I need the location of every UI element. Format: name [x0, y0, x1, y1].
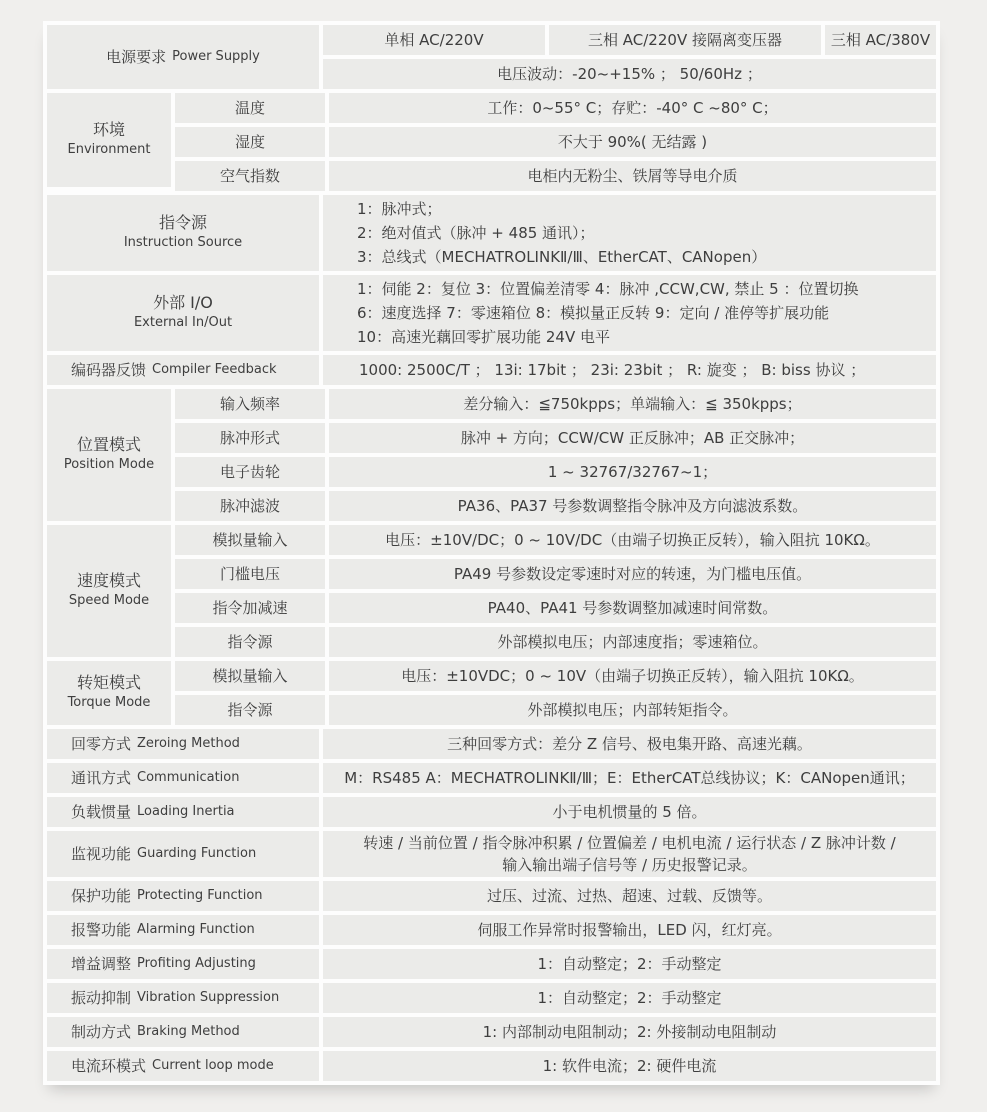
zeroing-method-label-zh: 回零方式 [71, 734, 131, 754]
row-loading-inertia: 负载惯量 Loading Inertia 小于电机惯量的 5 倍。 [47, 797, 936, 827]
power-option-single-phase: 单相 AC/220V [323, 25, 545, 55]
position-mode-label-zh: 位置模式 [77, 435, 141, 455]
current-loop-mode-label-en: Current loop mode [152, 1056, 274, 1076]
speed-mode-row-analog-input: 模拟量输入 电压：±10V/DC；0 ~ 10V/DC（由端子切换正反转），输入… [175, 525, 936, 555]
speed-mode-label-en: Speed Mode [69, 591, 149, 611]
speed-mode-row-threshold-voltage: 门槛电压 PA49 号参数设定零速时对应的转速，为门槛电压值。 [175, 559, 936, 589]
encoder-feedback-row: 编码器反馈 Compiler Feedback 1000: 2500C/T ； … [47, 355, 936, 385]
instruction-source-label-zh: 指令源 [159, 213, 207, 233]
position-mode-row-electronic-gear: 电子齿轮 1 ~ 32767/32767~1； [175, 457, 936, 487]
gain-adjusting-value: 1：自动整定；2：手动整定 [323, 949, 936, 979]
alarming-function-label-zh: 报警功能 [71, 920, 131, 940]
external-io-label-en: External In/Out [134, 313, 232, 333]
braking-method-label-en: Braking Method [137, 1022, 240, 1042]
position-mode-row-pulse-form: 脉冲形式 脉冲 + 方向；CCW/CW 正反脉冲；AB 正交脉冲； [175, 423, 936, 453]
zeroing-method-value: 三种回零方式：差分 Z 信号、极电集开路、高速光藕。 [323, 729, 936, 759]
humidity-label: 湿度 [175, 127, 325, 157]
encoder-feedback-label-zh: 编码器反馈 [71, 360, 146, 380]
position-mode-group: 位置模式 Position Mode 输入频率 差分输入：≦750kpps；单端… [47, 389, 936, 521]
position-mode-row-input-freq: 输入频率 差分输入：≦750kpps；单端输入：≦ 350kpps； [175, 389, 936, 419]
row-gain-adjusting: 增益调整 Profiting Adjusting 1：自动整定；2：手动整定 [47, 949, 936, 979]
position-mode-label: 位置模式 Position Mode [47, 389, 171, 521]
row-guarding-function: 监视功能 Guarding Function 转速 / 当前位置 / 指令脉冲积… [47, 831, 936, 877]
speed-analog-input-value: 电压：±10V/DC；0 ~ 10V/DC（由端子切换正反转），输入阻抗 10K… [329, 525, 936, 555]
encoder-feedback-label-en: Compiler Feedback [152, 360, 277, 380]
vibration-suppression-value: 1：自动整定；2：手动整定 [323, 983, 936, 1013]
loading-inertia-label-zh: 负载惯量 [71, 802, 131, 822]
row-zeroing-method: 回零方式 Zeroing Method 三种回零方式：差分 Z 信号、极电集开路… [47, 729, 936, 759]
gain-adjusting-label-zh: 增益调整 [71, 954, 131, 974]
current-loop-mode-label-zh: 电流环模式 [71, 1056, 146, 1076]
communication-value: M：RS485 A：MECHATROLINKⅡ/Ⅲ；E：EtherCAT总线协议… [323, 763, 936, 793]
speed-mode-row-accel-decel: 指令加减速 PA40、PA41 号参数调整加减速时间常数。 [175, 593, 936, 623]
temperature-label: 温度 [175, 93, 325, 123]
environment-row-temperature: 温度 工作：0~55° C；存贮：-40° C ~80° C； [175, 93, 936, 123]
position-mode-label-en: Position Mode [64, 455, 154, 475]
spec-table: 电源要求 Power Supply 单相 AC/220V 三相 AC/220V … [43, 21, 940, 1085]
environment-group: 环境 Environment 温度 工作：0~55° C；存贮：-40° C ~… [47, 93, 936, 191]
torque-command-source-label: 指令源 [175, 695, 325, 725]
temperature-value: 工作：0~55° C；存贮：-40° C ~80° C； [329, 93, 936, 123]
current-loop-mode-value: 1: 软件电流；2: 硬件电流 [323, 1051, 936, 1081]
guarding-function-label: 监视功能 Guarding Function [47, 831, 319, 877]
external-io-line-1: 1：伺能 2：复位 3：位置偏差清零 4：脉冲 ,CCW,CW, 禁止 5 ：位… [357, 277, 858, 301]
loading-inertia-value: 小于电机惯量的 5 倍。 [323, 797, 936, 827]
encoder-feedback-value: 1000: 2500C/T ； 13i: 17bit ； 23i: 23bit … [323, 355, 936, 385]
external-io-label-zh: 外部 I/O [153, 293, 213, 313]
loading-inertia-label: 负载惯量 Loading Inertia [47, 797, 319, 827]
row-current-loop-mode: 电流环模式 Current loop mode 1: 软件电流；2: 硬件电流 [47, 1051, 936, 1081]
speed-command-source-label: 指令源 [175, 627, 325, 657]
power-phase-row: 单相 AC/220V 三相 AC/220V 接隔离变压器 三相 AC/380V [323, 25, 936, 55]
protecting-function-value: 过压、过流、过热、超速、过载、反馈等。 [323, 881, 936, 911]
guarding-function-label-zh: 监视功能 [71, 844, 131, 864]
encoder-feedback-label: 编码器反馈 Compiler Feedback [47, 355, 319, 385]
threshold-voltage-label: 门槛电压 [175, 559, 325, 589]
alarming-function-label: 报警功能 Alarming Function [47, 915, 319, 945]
accel-decel-value: PA40、PA41 号参数调整加减速时间常数。 [329, 593, 936, 623]
guarding-function-label-en: Guarding Function [137, 844, 256, 864]
instruction-source-line-1: 1：脉冲式； [357, 197, 442, 221]
instruction-source-line-2: 2：绝对值式（脉冲 + 485 通讯）； [357, 221, 595, 245]
torque-mode-label-en: Torque Mode [68, 693, 151, 713]
power-option-three-phase-380: 三相 AC/380V [825, 25, 936, 55]
torque-mode-label-zh: 转矩模式 [77, 673, 141, 693]
speed-mode-label: 速度模式 Speed Mode [47, 525, 171, 657]
guarding-function-value: 转速 / 当前位置 / 指令脉冲积累 / 位置偏差 / 电机电流 / 运行状态 … [323, 831, 936, 877]
protecting-function-label: 保护功能 Protecting Function [47, 881, 319, 911]
speed-mode-row-command-source: 指令源 外部模拟电压；内部速度指；零速箱位。 [175, 627, 936, 657]
input-frequency-value: 差分输入：≦750kpps；单端输入：≦ 350kpps； [329, 389, 936, 419]
vibration-suppression-label-en: Vibration Suppression [137, 988, 279, 1008]
torque-mode-label: 转矩模式 Torque Mode [47, 661, 171, 725]
environment-label-en: Environment [67, 140, 150, 160]
torque-mode-row-command-source: 指令源 外部模拟电压；内部转矩指令。 [175, 695, 936, 725]
input-frequency-label: 输入频率 [175, 389, 325, 419]
external-io-label: 外部 I/O External In/Out [47, 275, 319, 351]
vibration-suppression-label-zh: 振动抑制 [71, 988, 131, 1008]
environment-row-humidity: 湿度 不大于 90%( 无结露 ) [175, 127, 936, 157]
power-supply-group: 电源要求 Power Supply 单相 AC/220V 三相 AC/220V … [47, 25, 936, 89]
accel-decel-label: 指令加减速 [175, 593, 325, 623]
humidity-value: 不大于 90%( 无结露 ) [329, 127, 936, 157]
alarming-function-value: 伺服工作异常时报警输出，LED 闪，红灯亮。 [323, 915, 936, 945]
power-supply-label: 电源要求 Power Supply [47, 25, 319, 89]
pulse-form-value: 脉冲 + 方向；CCW/CW 正反脉冲；AB 正交脉冲； [329, 423, 936, 453]
position-mode-row-pulse-filter: 脉冲滤波 PA36、PA37 号参数调整指令脉冲及方向滤波系数。 [175, 491, 936, 521]
environment-row-air: 空气指数 电柜内无粉尘、铁屑等导电介质 [175, 161, 936, 191]
braking-method-value: 1: 内部制动电阻制动；2: 外接制动电阻制动 [323, 1017, 936, 1047]
instruction-source-value: 1：脉冲式； 2：绝对值式（脉冲 + 485 通讯）； 3：总线式（MECHAT… [323, 195, 936, 271]
row-vibration-suppression: 振动抑制 Vibration Suppression 1：自动整定；2：手动整定 [47, 983, 936, 1013]
torque-analog-input-label: 模拟量输入 [175, 661, 325, 691]
vibration-suppression-label: 振动抑制 Vibration Suppression [47, 983, 319, 1013]
external-io-value: 1：伺能 2：复位 3：位置偏差清零 4：脉冲 ,CCW,CW, 禁止 5 ：位… [323, 275, 936, 351]
protecting-function-label-en: Protecting Function [137, 886, 263, 906]
power-supply-label-zh: 电源要求 [106, 47, 166, 67]
pulse-filter-label: 脉冲滤波 [175, 491, 325, 521]
row-alarming-function: 报警功能 Alarming Function 伺服工作异常时报警输出，LED 闪… [47, 915, 936, 945]
braking-method-label-zh: 制动方式 [71, 1022, 131, 1042]
power-supply-label-en: Power Supply [172, 47, 260, 67]
row-communication: 通讯方式 Communication M：RS485 A：MECHATROLIN… [47, 763, 936, 793]
speed-analog-input-label: 模拟量输入 [175, 525, 325, 555]
environment-label-zh: 环境 [93, 120, 125, 140]
zeroing-method-label: 回零方式 Zeroing Method [47, 729, 319, 759]
speed-mode-label-zh: 速度模式 [77, 571, 141, 591]
torque-mode-group: 转矩模式 Torque Mode 模拟量输入 电压：±10VDC；0 ~ 10V… [47, 661, 936, 725]
power-option-three-phase-220: 三相 AC/220V 接隔离变压器 [549, 25, 821, 55]
speed-mode-group: 速度模式 Speed Mode 模拟量输入 电压：±10V/DC；0 ~ 10V… [47, 525, 936, 657]
current-loop-mode-label: 电流环模式 Current loop mode [47, 1051, 319, 1081]
external-io-line-2: 6：速度选择 7：零速箱位 8：模拟量正反转 9：定向 / 准停等扩展功能 [357, 301, 829, 325]
communication-label: 通讯方式 Communication [47, 763, 319, 793]
communication-label-zh: 通讯方式 [71, 768, 131, 788]
air-index-value: 电柜内无粉尘、铁屑等导电介质 [329, 161, 936, 191]
braking-method-label: 制动方式 Braking Method [47, 1017, 319, 1047]
electronic-gear-value: 1 ~ 32767/32767~1； [329, 457, 936, 487]
torque-analog-input-value: 电压：±10VDC；0 ~ 10V（由端子切换正反转），输入阻抗 10KΩ。 [329, 661, 936, 691]
electronic-gear-label: 电子齿轮 [175, 457, 325, 487]
external-io-row: 外部 I/O External In/Out 1：伺能 2：复位 3：位置偏差清… [47, 275, 936, 351]
gain-adjusting-label: 增益调整 Profiting Adjusting [47, 949, 319, 979]
instruction-source-line-3: 3：总线式（MECHATROLINKⅡ/Ⅲ、EtherCAT、CANopen） [357, 245, 766, 269]
pulse-form-label: 脉冲形式 [175, 423, 325, 453]
row-braking-method: 制动方式 Braking Method 1: 内部制动电阻制动；2: 外接制动电… [47, 1017, 936, 1047]
torque-mode-row-analog-input: 模拟量输入 电压：±10VDC；0 ~ 10V（由端子切换正反转），输入阻抗 1… [175, 661, 936, 691]
instruction-source-label: 指令源 Instruction Source [47, 195, 319, 271]
threshold-voltage-value: PA49 号参数设定零速时对应的转速，为门槛电压值。 [329, 559, 936, 589]
loading-inertia-label-en: Loading Inertia [137, 802, 235, 822]
communication-label-en: Communication [137, 768, 239, 788]
pulse-filter-value: PA36、PA37 号参数调整指令脉冲及方向滤波系数。 [329, 491, 936, 521]
power-voltage-fluctuation: 电压波动：-20~+15% ； 50/60Hz ； [323, 59, 936, 89]
environment-label: 环境 Environment [47, 93, 171, 187]
row-protecting-function: 保护功能 Protecting Function 过压、过流、过热、超速、过载、… [47, 881, 936, 911]
torque-command-source-value: 外部模拟电压；内部转矩指令。 [329, 695, 936, 725]
gain-adjusting-label-en: Profiting Adjusting [137, 954, 256, 974]
air-index-label: 空气指数 [175, 161, 325, 191]
zeroing-method-label-en: Zeroing Method [137, 734, 240, 754]
instruction-source-label-en: Instruction Source [124, 233, 242, 253]
speed-command-source-value: 外部模拟电压；内部速度指；零速箱位。 [329, 627, 936, 657]
alarming-function-label-en: Alarming Function [137, 920, 255, 940]
external-io-line-3: 10：高速光藕回零扩展功能 24V 电平 [357, 325, 610, 349]
instruction-source-row: 指令源 Instruction Source 1：脉冲式； 2：绝对值式（脉冲 … [47, 195, 936, 271]
protecting-function-label-zh: 保护功能 [71, 886, 131, 906]
